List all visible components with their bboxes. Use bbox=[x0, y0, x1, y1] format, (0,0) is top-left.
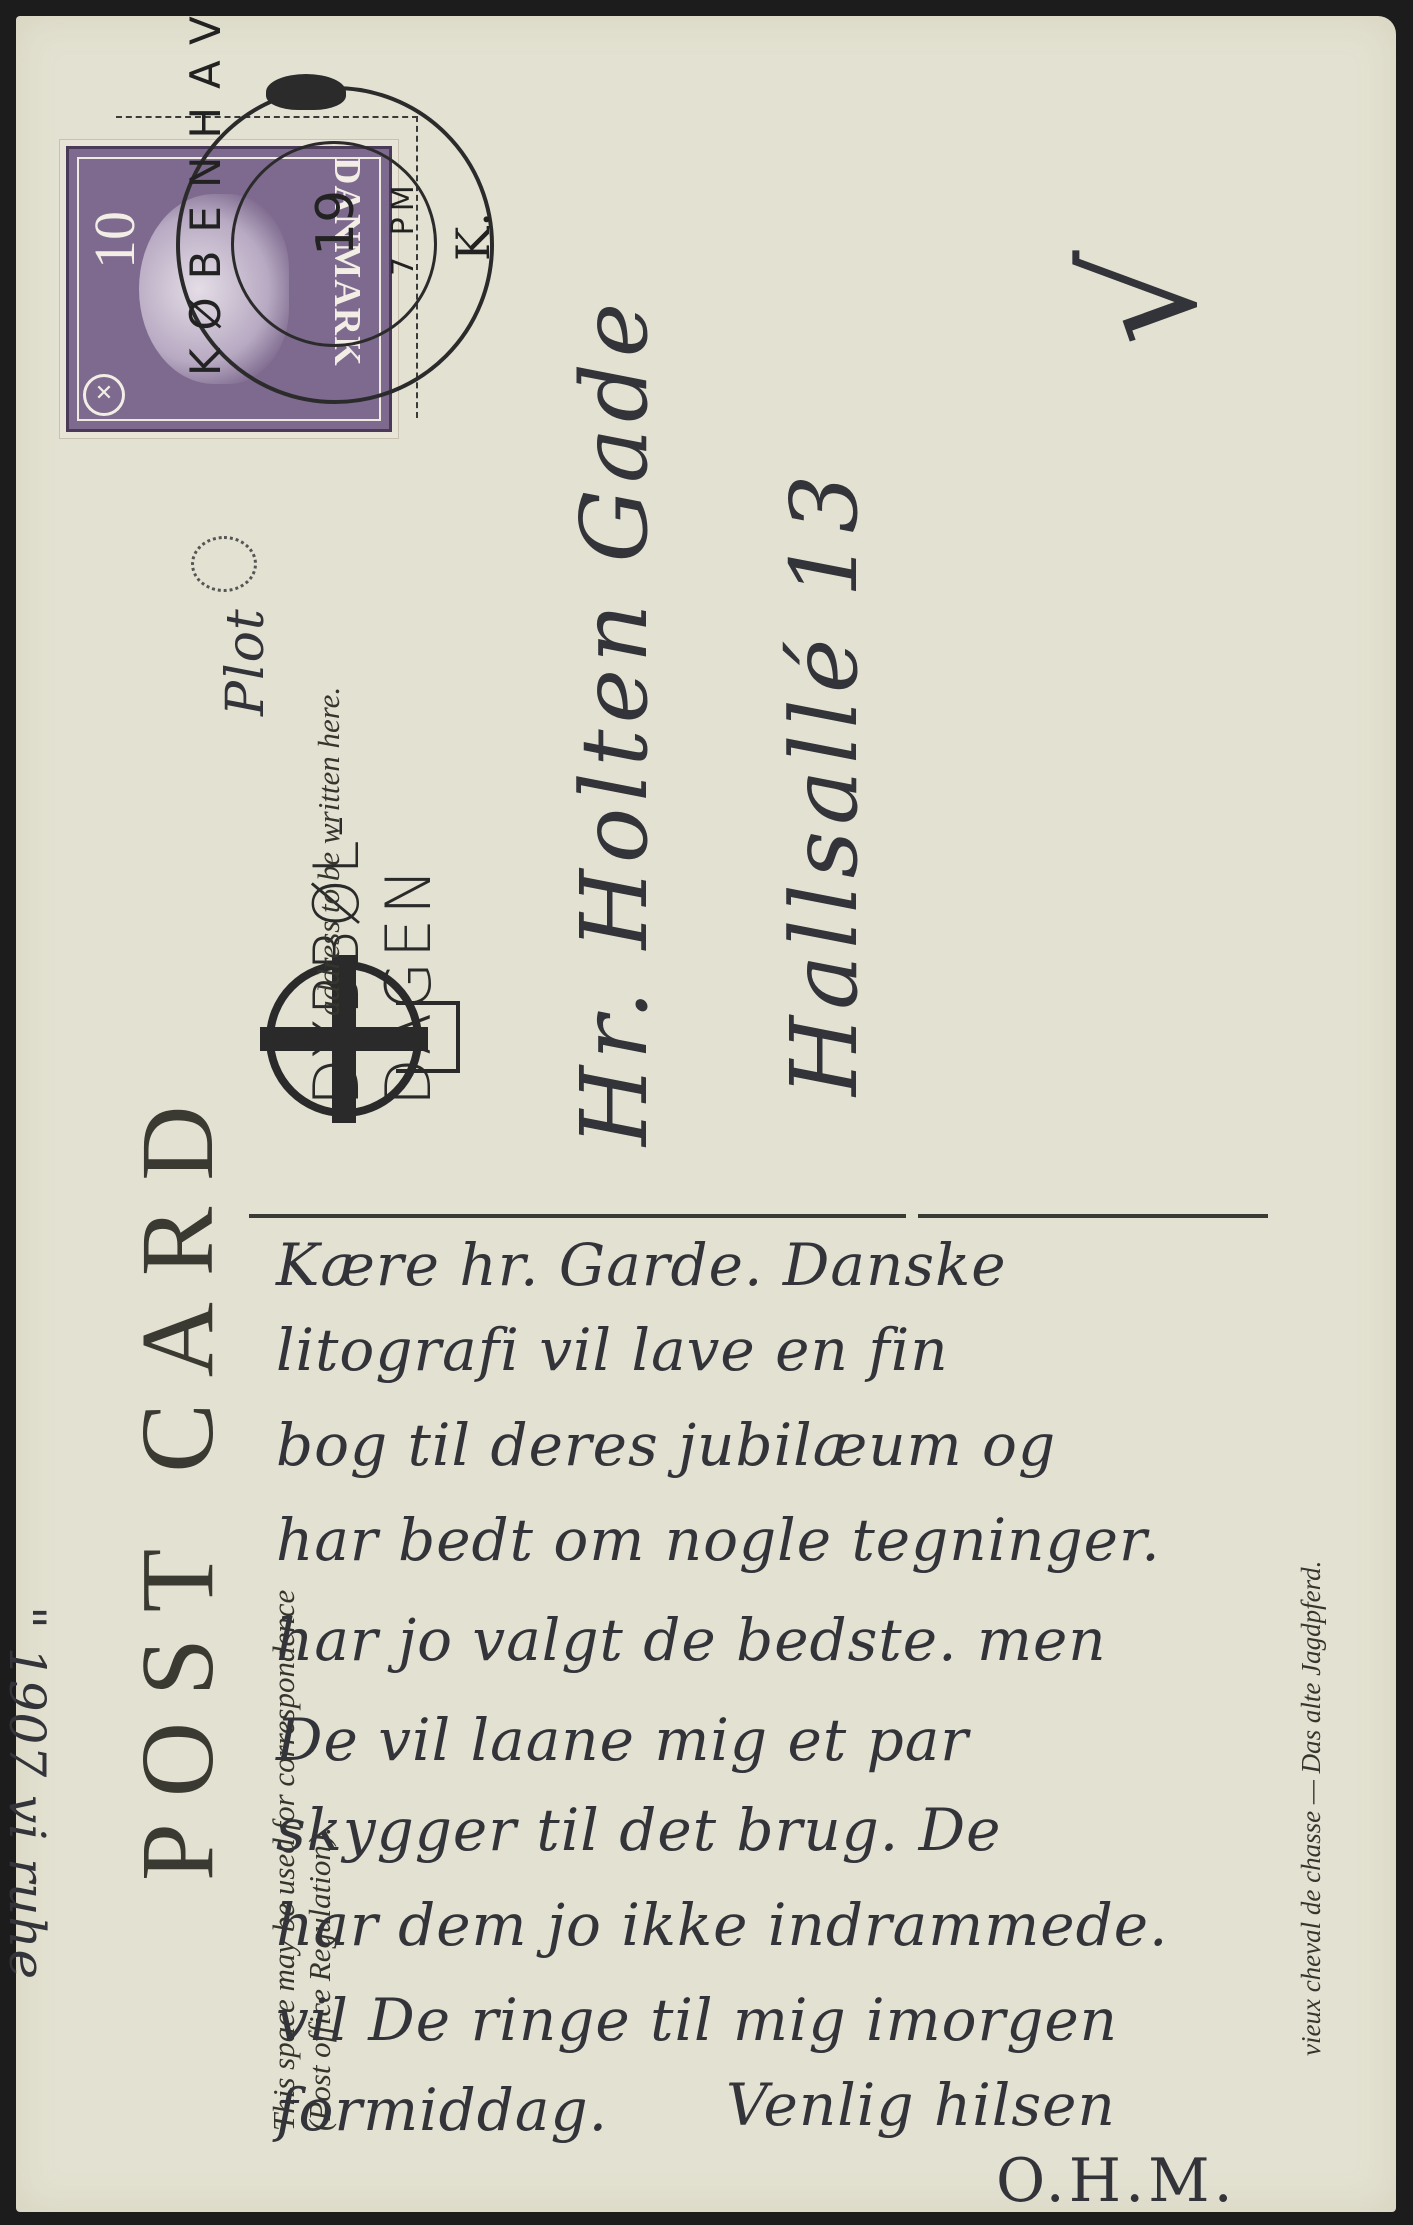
postcard: 10 DANMARK ✕ KØBENHAVN 19 7 PM K. DYBBØL… bbox=[16, 16, 1396, 2212]
message-line: bog til deres jubilæum og bbox=[276, 1411, 1056, 1479]
divider-line-left bbox=[249, 1214, 906, 1218]
address-line-1: Hr. Holten Gade bbox=[561, 297, 668, 1146]
stamp-value: 10 bbox=[81, 211, 148, 269]
message-line: litografi vil lave en fin bbox=[276, 1316, 949, 1384]
slogan-line-2: DAGEN bbox=[373, 811, 445, 1106]
signature: O.H.M. bbox=[996, 2146, 1237, 2216]
message-line: De vil laane mig et par bbox=[276, 1706, 969, 1774]
message-line: har jo valgt de bedste. men bbox=[276, 1606, 1107, 1674]
margin-note: " 1907 vi ruhe bbox=[0, 1606, 56, 1980]
message-line: har bedt om nogle tegninger. bbox=[276, 1506, 1161, 1574]
crowned-monogram-icon: ✕ bbox=[83, 374, 125, 416]
check-mark-icon: √ bbox=[1056, 249, 1230, 346]
divider-line-right bbox=[918, 1214, 1268, 1218]
message-line: skygger til det brug. De bbox=[276, 1796, 1002, 1864]
message-line: vil De ringe til mig imorgen bbox=[276, 1986, 1118, 2054]
postmark-time: 7 PM bbox=[386, 179, 421, 276]
handwritten-annotation: Plot bbox=[216, 608, 276, 716]
closing-greeting: Venlig hilsen bbox=[726, 2071, 1116, 2139]
postmark-office: K. bbox=[446, 212, 500, 261]
message-line: Kære hr. Garde. Danske bbox=[276, 1231, 1007, 1299]
picture-caption: vieux cheval de chasse — Das alte Jagdpf… bbox=[1296, 1561, 1327, 2056]
ink-smudge bbox=[191, 536, 257, 592]
postmark-day: 19 bbox=[306, 190, 366, 256]
message-line: har dem jo ikke indrammede. bbox=[276, 1891, 1168, 1959]
address-instruction: address to be written here. bbox=[311, 687, 347, 1016]
post-card-title: POST CARD bbox=[118, 1080, 237, 1881]
message-line: formiddag. bbox=[276, 2076, 608, 2144]
postmark-city: KØBENHAVN bbox=[181, 0, 230, 376]
address-line-2: Hallsallé 13 bbox=[771, 468, 878, 1096]
